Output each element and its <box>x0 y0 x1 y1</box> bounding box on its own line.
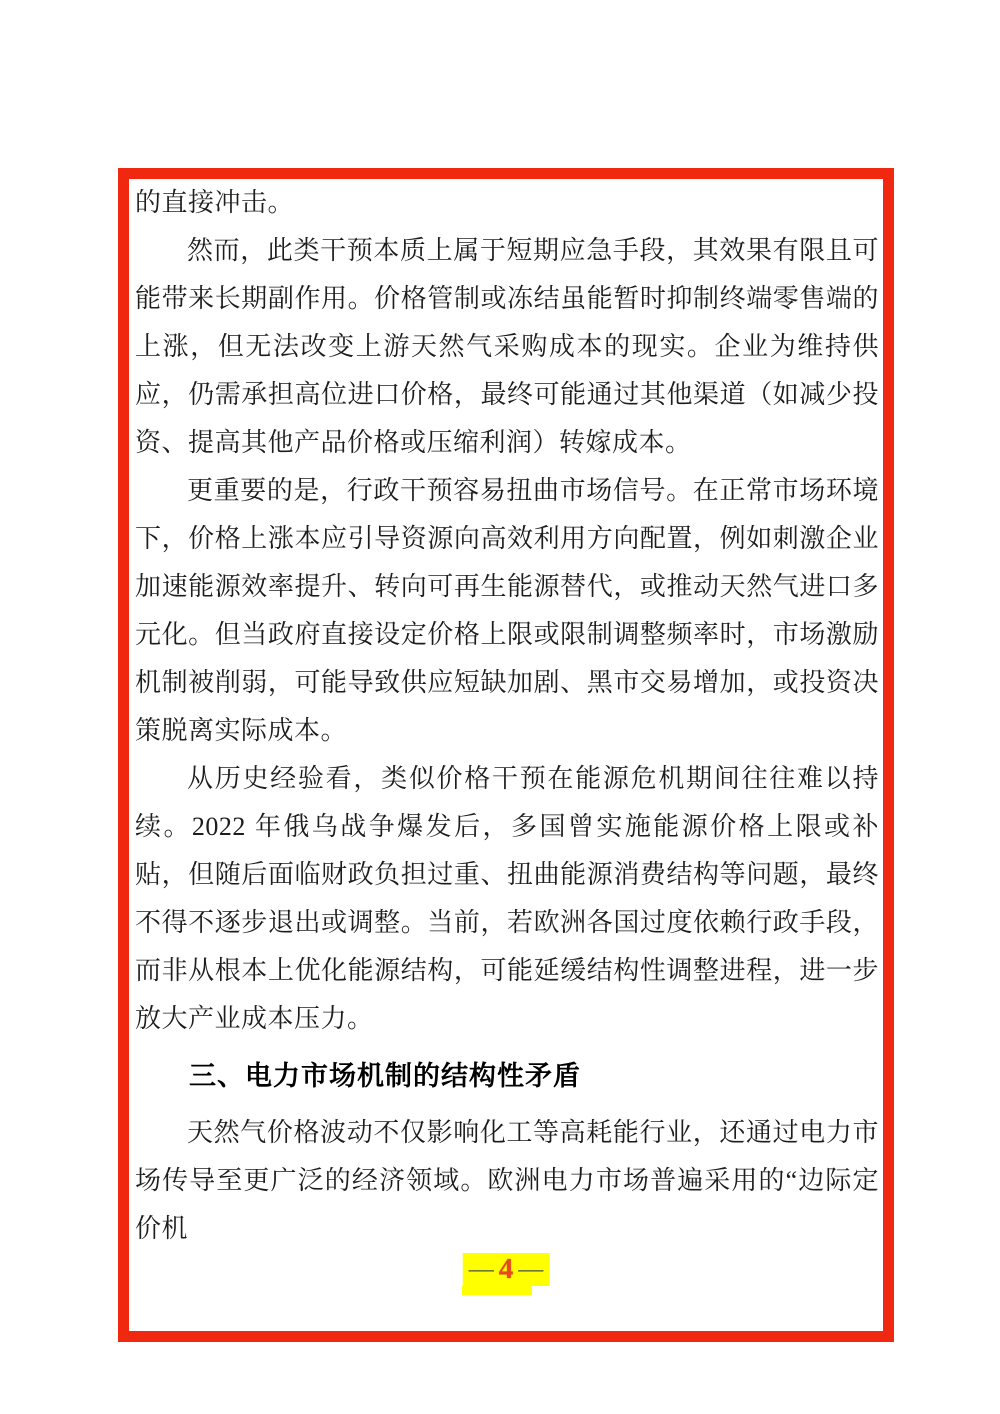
paragraph-continuation: 的直接冲击。 <box>135 179 879 227</box>
footer-highlight-tail <box>462 1286 532 1295</box>
footer-dash-left: — <box>469 1253 494 1286</box>
page-number: 4 <box>499 1253 514 1286</box>
page-footer: — 4 — <box>463 1253 550 1286</box>
document-page: 的直接冲击。 然而，此类干预本质上属于短期应急手段，其效果有限且可能带来长期副作… <box>0 0 1000 1414</box>
text-area: 的直接冲击。 然而，此类干预本质上属于短期应急手段，其效果有限且可能带来长期副作… <box>135 179 879 1253</box>
paragraph-market-signal-distortion: 更重要的是，行政干预容易扭曲市场信号。在正常市场环境下，价格上涨本应引导资源向高… <box>135 467 879 755</box>
paragraph-historical-experience: 从历史经验看，类似价格干预在能源危机期间往往难以持续。2022 年俄乌战争爆发后… <box>135 755 879 1043</box>
paragraph-gas-price-transmission: 天然气价格波动不仅影响化工等高耗能行业，还通过电力市场传导至更广泛的经济领域。欧… <box>135 1109 879 1253</box>
red-border-frame: 的直接冲击。 然而，此类干预本质上属于短期应急手段，其效果有限且可能带来长期副作… <box>118 168 894 1342</box>
paragraph-intervention-limits: 然而，此类干预本质上属于短期应急手段，其效果有限且可能带来长期副作用。价格管制或… <box>135 227 879 467</box>
section-heading-power-market: 三、电力市场机制的结构性矛盾 <box>135 1052 879 1100</box>
footer-dash-right: — <box>518 1253 543 1286</box>
